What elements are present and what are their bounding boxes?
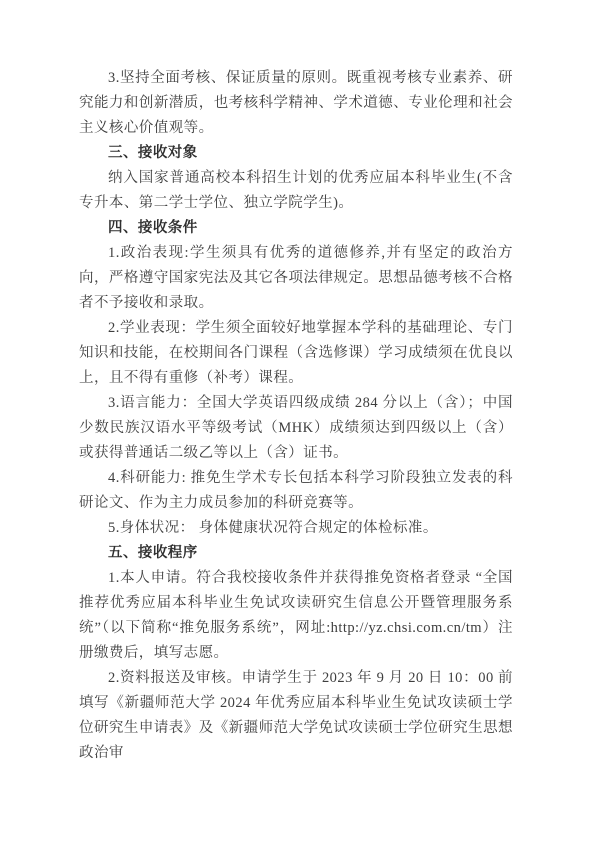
para-procedure-1-application: 1.本人申请。符合我校接收条件并获得推免资格者登录 “全国推荐优秀应届本科毕业生… [79,566,513,666]
para-reception-targets: 纳入国家普通高校本科招生计划的优秀应届本科毕业生(不含专升本、第二学士学位、独立… [79,166,513,216]
document-page: 3.坚持全面考核、保证质量的原则。既重视考核专业素养、研究能力和创新潜质，也考核… [0,0,599,848]
para-condition-5-health: 5.身体状况： 身体健康状况符合规定的体检标准。 [79,516,513,541]
para-principle-3: 3.坚持全面考核、保证质量的原则。既重视考核专业素养、研究能力和创新潜质，也考核… [79,66,513,141]
para-condition-2-academic: 2.学业表现：学生须全面较好地掌握本学科的基础理论、专门知识和技能，在校期间各门… [79,316,513,391]
heading-section-4-reception-conditions: 四、接收条件 [79,216,513,241]
para-procedure-2-materials-review: 2.资料报送及审核。申请学生于 2023 年 9 月 20 日 10：00 前填… [79,666,513,766]
para-condition-3-language: 3.语言能力：全国大学英语四级成绩 284 分以上（含）；中国少数民族汉语水平等… [79,391,513,466]
heading-section-5-reception-procedure: 五、接收程序 [79,541,513,566]
para-condition-4-research: 4.科研能力: 推免生学术专长包括本科学习阶段独立发表的科研论文、作为主力成员参… [79,466,513,516]
para-condition-1-political: 1.政治表现:学生须具有优秀的道德修养,并有坚定的政治方向，严格遵守国家宪法及其… [79,241,513,316]
document-content: 3.坚持全面考核、保证质量的原则。既重视考核专业素养、研究能力和创新潜质，也考核… [79,66,513,766]
heading-section-3-reception-targets: 三、接收对象 [79,141,513,166]
